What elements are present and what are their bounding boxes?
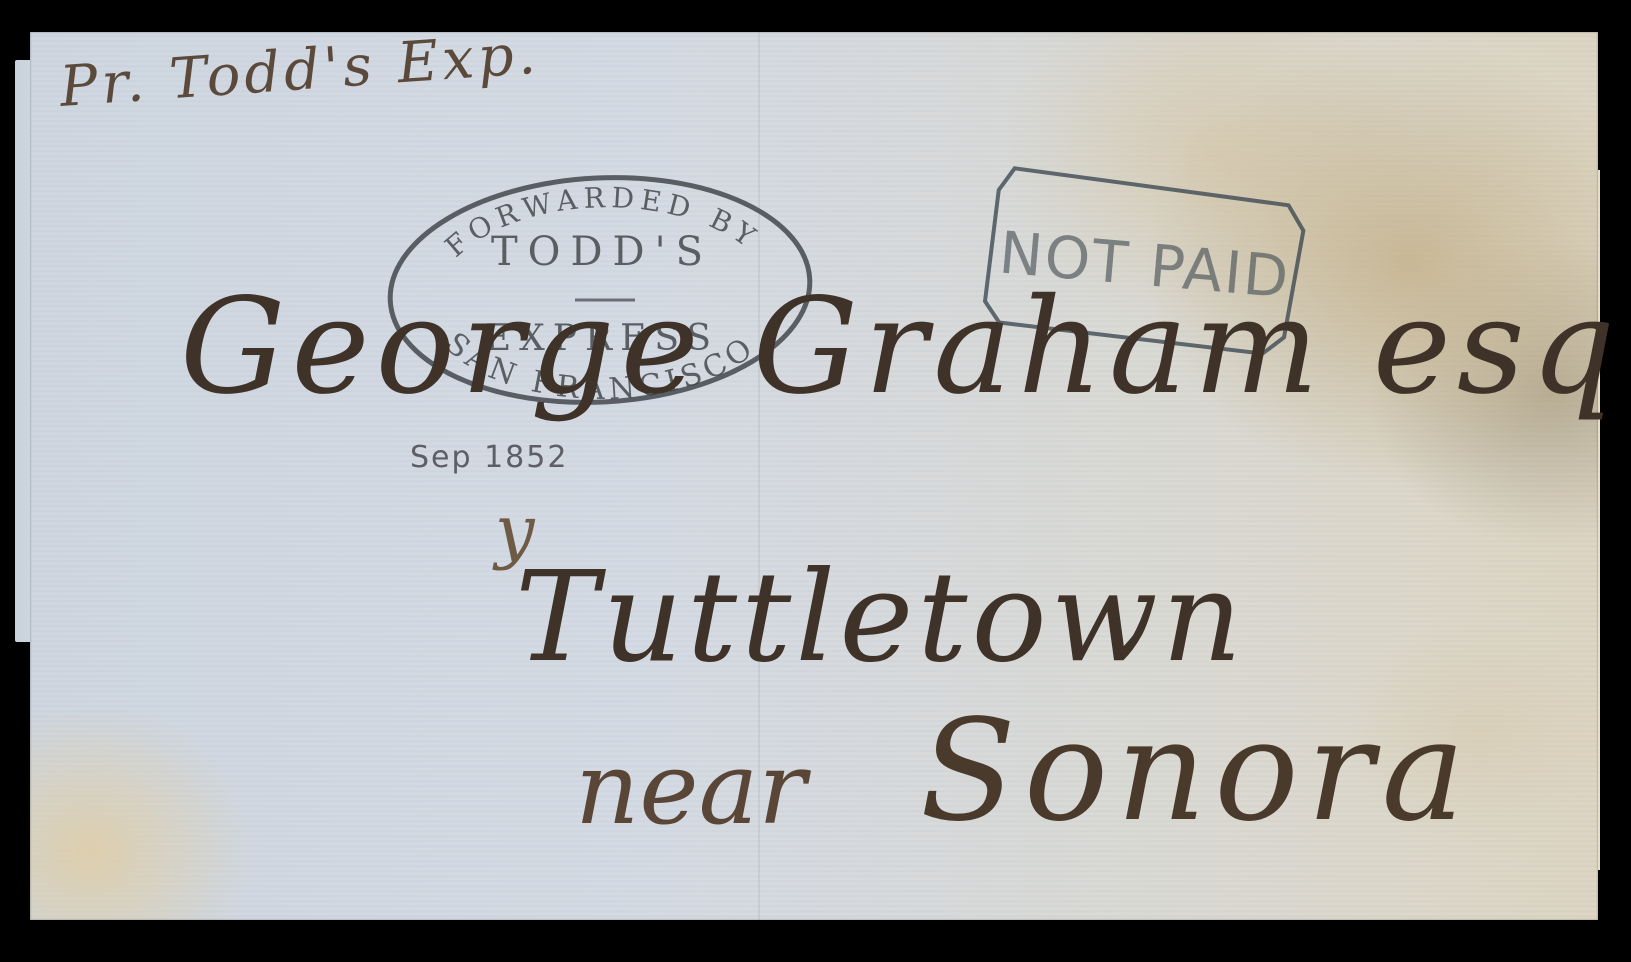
cover-image: Pr. Todd's Exp. FORWARDED BY TODD'S EXPR… [0,0,1631,962]
address-near-label: near [575,730,806,847]
addressee-name: George Graham esq. [180,270,1631,424]
oval-line-todds: TODD'S [491,229,713,275]
address-city: Sonora [920,690,1473,853]
pencil-date-note: Sep 1852 [410,440,568,475]
address-town: Tuttletown [515,545,1246,690]
